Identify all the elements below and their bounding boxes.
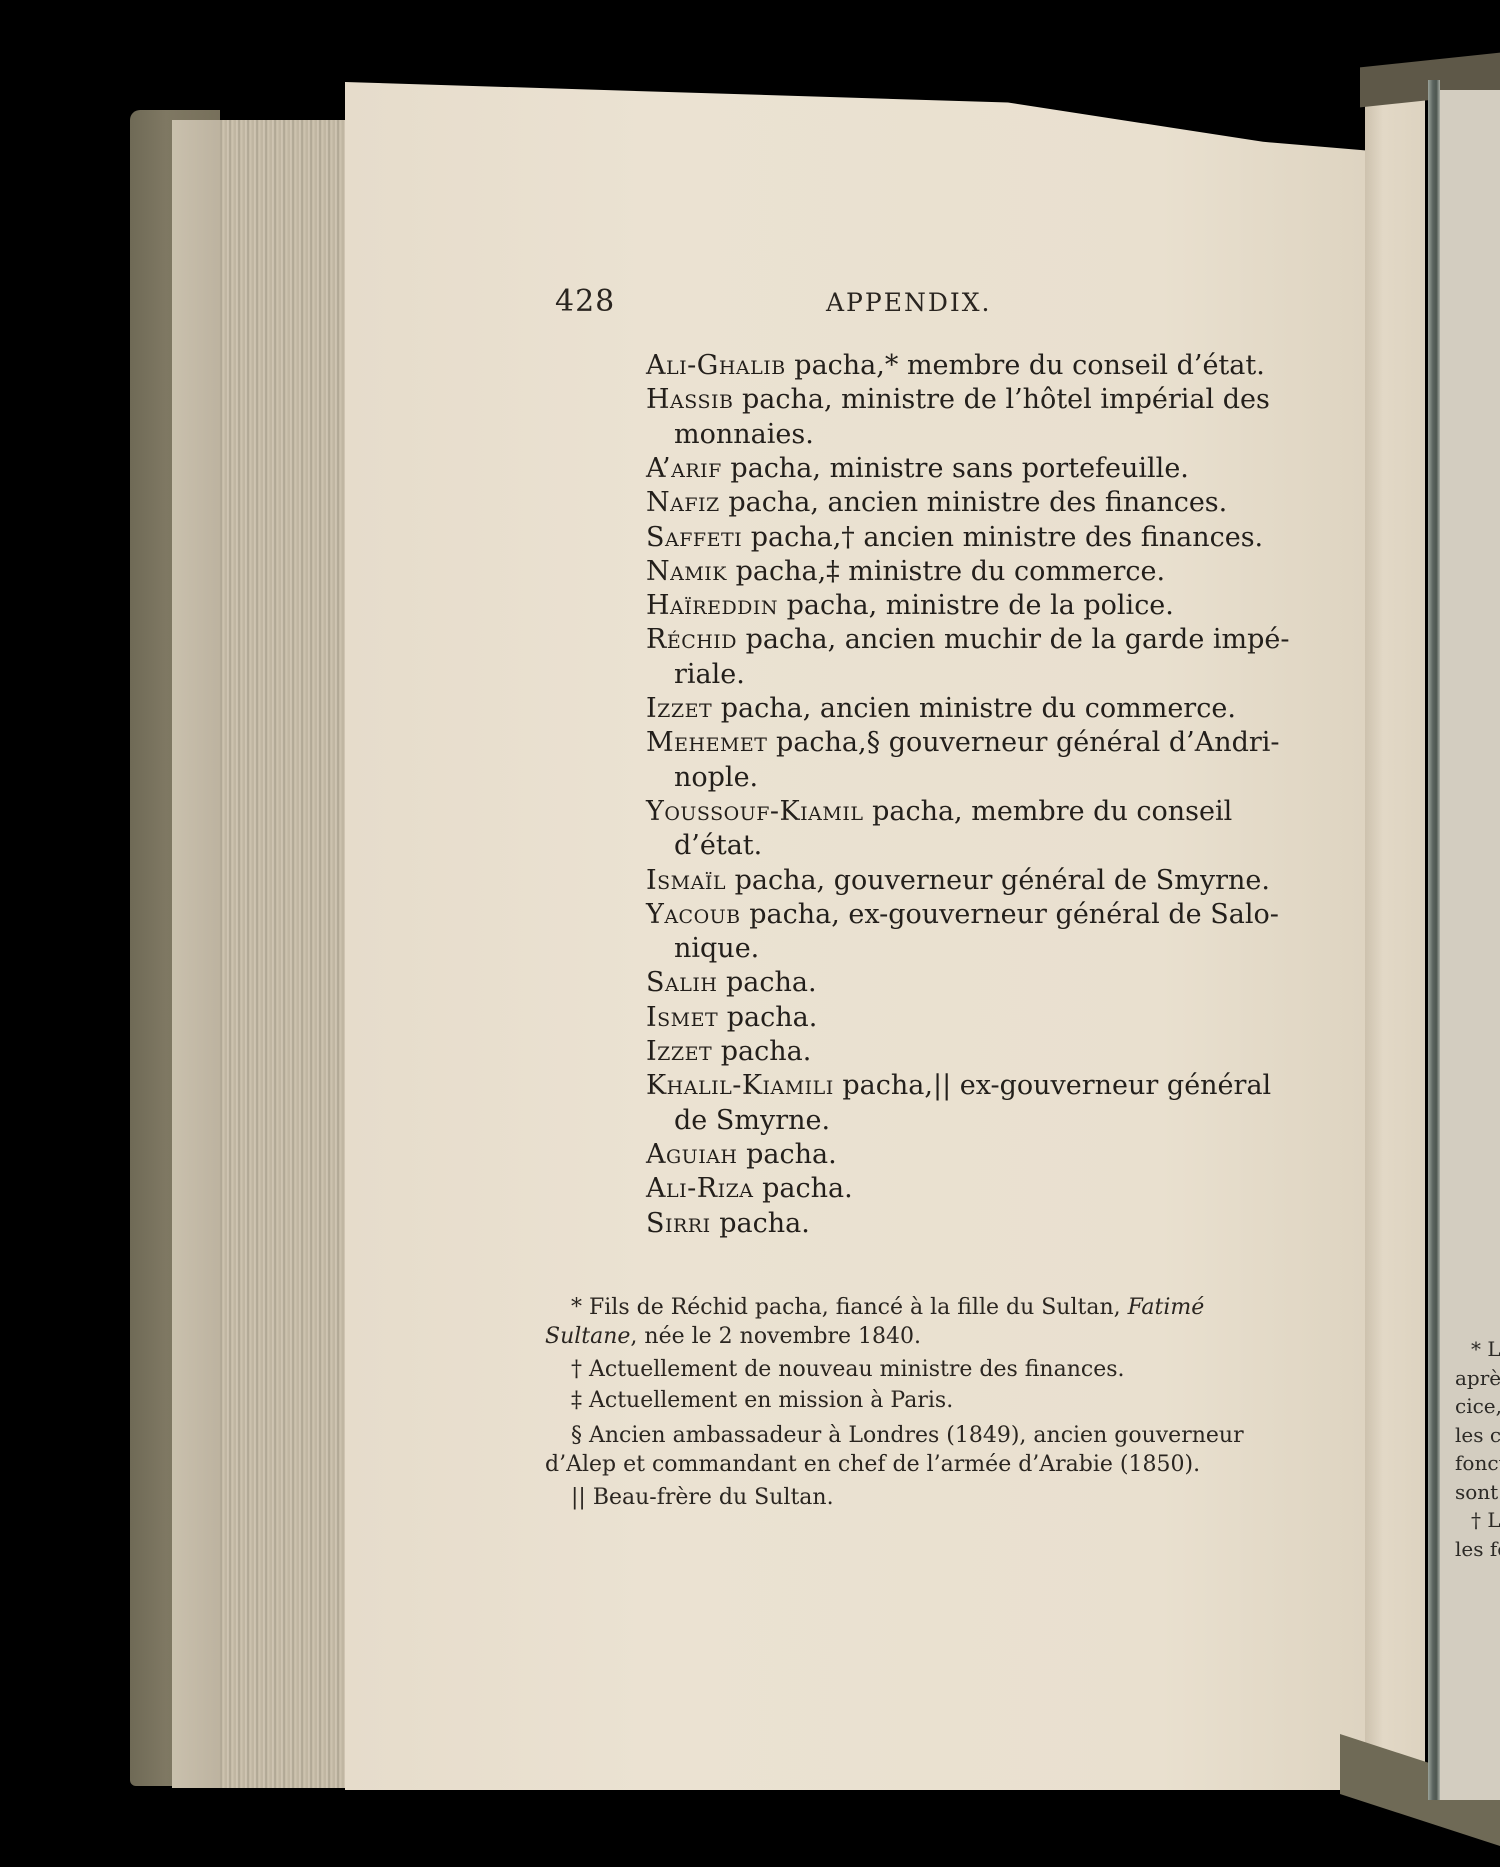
list-item: Salih pacha. [646, 966, 1246, 1000]
entry-description: pacha. [738, 1139, 837, 1170]
entry-description: pacha,* membre du conseil d’état. [786, 350, 1265, 381]
entry-line: Khalil-Kiamili pacha,|| ex-gouverneur gé… [646, 1069, 1246, 1103]
entry-line: Youssouf-Kiamil pacha, membre du conseil [646, 795, 1246, 829]
entry-line: A’arif pacha, ministre sans portefeuille… [646, 452, 1246, 486]
footnote-line: || Beau-frère du Sultan. [545, 1483, 1245, 1512]
page-block-edges [172, 120, 350, 1788]
list-item: Namik pacha,‡ ministre du commerce. [646, 555, 1246, 589]
list-item: Ali-Riza pacha. [646, 1172, 1246, 1206]
footnote-text: Actuellement de nouveau ministre des fin… [582, 1357, 1125, 1382]
list-item: Youssouf-Kiamil pacha, membre du conseil… [646, 795, 1246, 864]
entry-continuation: monnaies. [646, 418, 1246, 452]
list-item: Khalil-Kiamili pacha,|| ex-gouverneur gé… [646, 1069, 1246, 1138]
glass-plate-edge [1428, 80, 1440, 1800]
entry-name: Izzet [646, 693, 712, 724]
entry-description: pacha, ministre sans portefeuille. [722, 453, 1189, 484]
entry-name: Sirri [646, 1208, 711, 1239]
right-page-footnote-fragment: * Laprèscice, lles chfonctiosont a† Lles… [1455, 1335, 1500, 1563]
entry-line: Namik pacha,‡ ministre du commerce. [646, 555, 1246, 589]
entry-name: Hassib [646, 384, 733, 415]
entry-description: pacha, ministre de la police. [778, 590, 1174, 621]
entry-description: pacha,‡ ministre du commerce. [727, 556, 1165, 587]
entry-name: Khalil-Kiamili [646, 1070, 834, 1101]
footnote-line: ‡ Actuellement en mission à Paris. [545, 1386, 1245, 1415]
entry-line: Haïreddin pacha, ministre de la police. [646, 589, 1246, 623]
entry-line: Nafiz pacha, ancien ministre des finance… [646, 486, 1246, 520]
list-item: Sirri pacha. [646, 1207, 1246, 1241]
footnote-text: Ancien ambassadeur à Londres (1849), anc… [582, 1423, 1244, 1448]
book-gutter [1365, 100, 1425, 1800]
entry-description: pacha, ex-gouverneur général de Salo- [741, 899, 1279, 930]
right-page-line: * L [1455, 1335, 1500, 1364]
footnote-text: Beau-frère du Sultan. [586, 1485, 834, 1510]
right-page-line: cice, l [1455, 1392, 1500, 1421]
footnote-mark: ‡ [571, 1388, 582, 1413]
footnote-mark: || [571, 1485, 586, 1510]
entry-line: Salih pacha. [646, 966, 1246, 1000]
entry-name: Ismet [646, 1002, 718, 1033]
entry-description: pacha, ancien ministre du commerce. [712, 693, 1236, 724]
footnote-line: d’Alep et commandant en chef de l’armée … [545, 1450, 1245, 1479]
entry-name: Ismaïl [646, 865, 726, 896]
list-item: Ismet pacha. [646, 1001, 1246, 1035]
footnote: † Actuellement de nouveau ministre des f… [545, 1355, 1245, 1384]
entry-continuation: nique. [646, 932, 1246, 966]
footnote: § Ancien ambassadeur à Londres (1849), a… [545, 1421, 1245, 1479]
right-page-line: sont a [1455, 1478, 1500, 1507]
entry-line: Ali-Ghalib pacha,* membre du conseil d’é… [646, 349, 1246, 383]
list-item: Mehemet pacha,§ gouverneur général d’And… [646, 726, 1246, 795]
right-page-line: les fon [1455, 1535, 1500, 1564]
list-item: Saffeti pacha,† ancien ministre des fina… [646, 521, 1246, 555]
footnote-mark: § [571, 1423, 582, 1448]
entry-line: Sirri pacha. [646, 1207, 1246, 1241]
entry-name: Yacoub [646, 899, 741, 930]
entry-line: Ismet pacha. [646, 1001, 1246, 1035]
entry-description: pacha,† ancien ministre des finances. [742, 522, 1263, 553]
footnote: || Beau-frère du Sultan. [545, 1483, 1245, 1512]
footnote-text: , née le 2 novembre 1840. [630, 1324, 921, 1349]
entry-description: pacha, membre du conseil [863, 796, 1232, 827]
entry-line: Yacoub pacha, ex-gouverneur général de S… [646, 898, 1246, 932]
entry-line: Izzet pacha, ancien ministre du commerce… [646, 692, 1246, 726]
footnote-mark: † [571, 1357, 582, 1382]
list-item: Hassib pacha, ministre de l’hôtel impéri… [646, 383, 1246, 452]
entry-description: pacha, gouverneur général de Smyrne. [726, 865, 1270, 896]
entry-description: pacha,§ gouverneur général d’Andri- [767, 727, 1279, 758]
footnote-text: d’Alep et commandant en chef de l’armée … [545, 1452, 1200, 1477]
entry-description: pacha,|| ex-gouverneur général [834, 1070, 1271, 1101]
entry-line: Ali-Riza pacha. [646, 1172, 1246, 1206]
footnote-text: Actuellement en mission à Paris. [582, 1388, 953, 1413]
right-page-line: fonctio [1455, 1449, 1500, 1478]
entry-name: Haïreddin [646, 590, 778, 621]
entry-name: Ali-Riza [646, 1173, 754, 1204]
right-page-line: † L [1455, 1506, 1500, 1535]
footnote-line: Sultane, née le 2 novembre 1840. [545, 1322, 1245, 1351]
footnote-italic: Sultane [545, 1324, 630, 1349]
entry-line: Mehemet pacha,§ gouverneur général d’And… [646, 726, 1246, 760]
footnote-line: § Ancien ambassadeur à Londres (1849), a… [545, 1421, 1245, 1450]
entry-description: pacha. [754, 1173, 853, 1204]
list-item: Yacoub pacha, ex-gouverneur général de S… [646, 898, 1246, 967]
footnote-line: * Fils de Réchid pacha, fiancé à la fill… [545, 1293, 1245, 1322]
list-item: Aguiah pacha. [646, 1138, 1246, 1172]
list-item: Réchid pacha, ancien muchir de la garde … [646, 623, 1246, 692]
entry-name: Mehemet [646, 727, 767, 758]
entry-name: Aguiah [646, 1139, 738, 1170]
footnote: * Fils de Réchid pacha, fiancé à la fill… [545, 1293, 1245, 1351]
right-page-line: après [1455, 1364, 1500, 1393]
page-number: 428 [555, 284, 615, 319]
footnote-italic: Fatimé [1128, 1295, 1205, 1320]
entry-name: Ali-Ghalib [646, 350, 786, 381]
entry-continuation: nople. [646, 761, 1246, 795]
entry-description: pacha. [712, 1036, 811, 1067]
entry-name: Youssouf-Kiamil [646, 796, 863, 827]
list-item: Nafiz pacha, ancien ministre des finance… [646, 486, 1246, 520]
entry-continuation: d’état. [646, 829, 1246, 863]
entry-name: Nafiz [646, 487, 720, 518]
list-item: Izzet pacha, ancien ministre du commerce… [646, 692, 1246, 726]
footnote-mark: * [571, 1295, 582, 1320]
list-item: A’arif pacha, ministre sans portefeuille… [646, 452, 1246, 486]
entry-line: Saffeti pacha,† ancien ministre des fina… [646, 521, 1246, 555]
entry-line: Izzet pacha. [646, 1035, 1246, 1069]
entry-name: A’arif [646, 453, 722, 484]
entry-description: pacha. [717, 967, 816, 998]
entry-line: Aguiah pacha. [646, 1138, 1246, 1172]
entry-line: Réchid pacha, ancien muchir de la garde … [646, 623, 1246, 657]
running-head: APPENDIX. [826, 288, 992, 317]
footnote-line: † Actuellement de nouveau ministre des f… [545, 1355, 1245, 1384]
entry-description: pacha, ancien ministre des finances. [720, 487, 1228, 518]
entry-description: pacha, ancien muchir de la garde impé- [737, 624, 1289, 655]
footnote: ‡ Actuellement en mission à Paris. [545, 1386, 1245, 1415]
entry-line: Ismaïl pacha, gouverneur général de Smyr… [646, 864, 1246, 898]
entry-description: pacha, ministre de l’hôtel impérial des [733, 384, 1269, 415]
entry-continuation: de Smyrne. [646, 1104, 1246, 1138]
entry-continuation: riale. [646, 658, 1246, 692]
entry-name: Saffeti [646, 522, 742, 553]
entry-name: Salih [646, 967, 717, 998]
footnote-text: Fils de Réchid pacha, fiancé à la fille … [582, 1295, 1128, 1320]
entry-name: Réchid [646, 624, 737, 655]
entry-description: pacha. [718, 1002, 817, 1033]
entry-name: Namik [646, 556, 727, 587]
list-item: Ali-Ghalib pacha,* membre du conseil d’é… [646, 349, 1246, 383]
entry-name: Izzet [646, 1036, 712, 1067]
list-item: Izzet pacha. [646, 1035, 1246, 1069]
list-item: Haïreddin pacha, ministre de la police. [646, 589, 1246, 623]
right-page-line: les ch [1455, 1421, 1500, 1450]
entry-line: Hassib pacha, ministre de l’hôtel impéri… [646, 383, 1246, 417]
list-item: Ismaïl pacha, gouverneur général de Smyr… [646, 864, 1246, 898]
entry-description: pacha. [711, 1208, 810, 1239]
